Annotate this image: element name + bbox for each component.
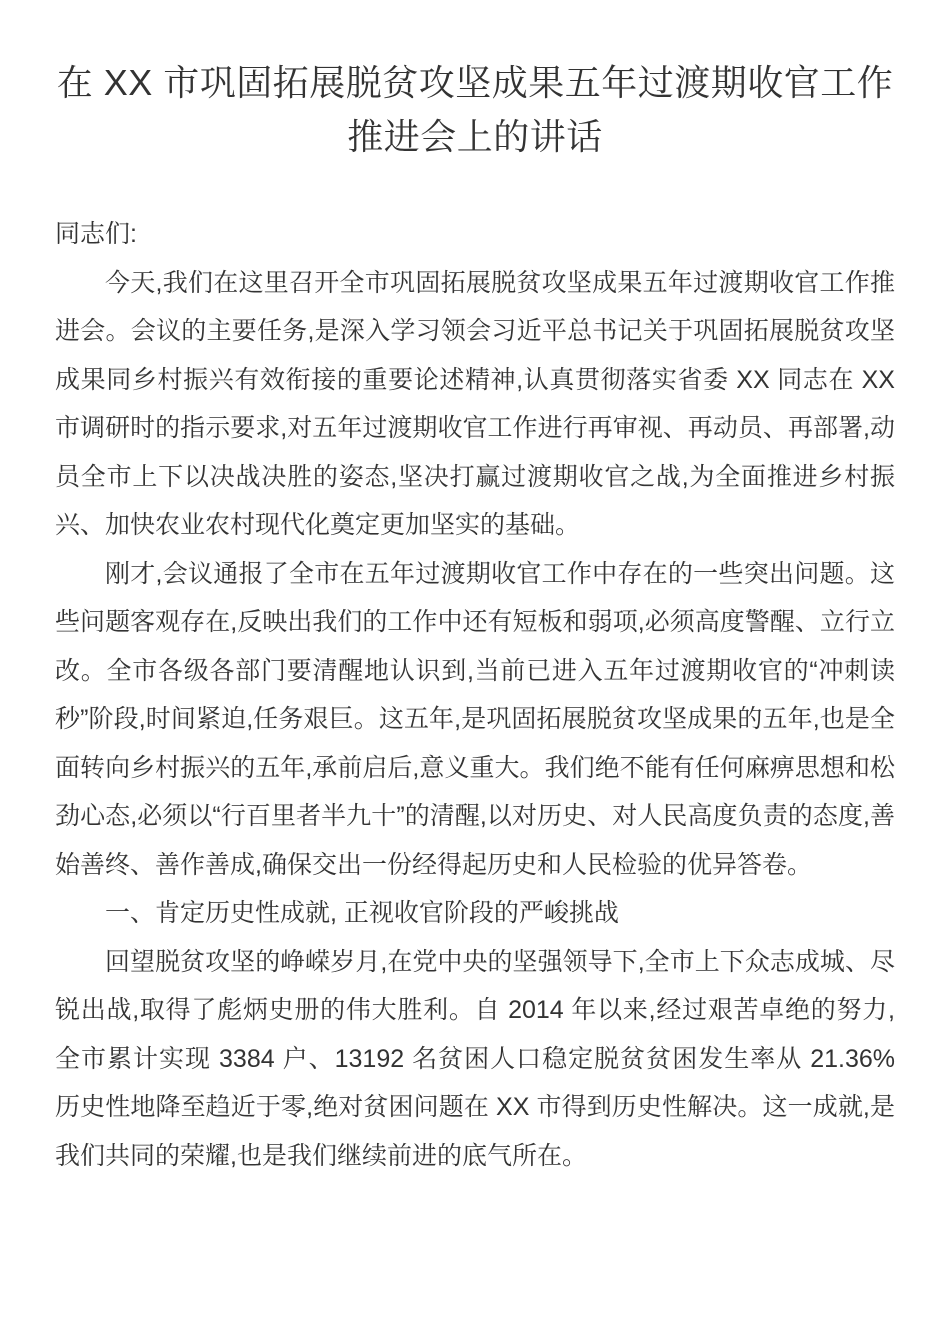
document-page: 在 XX 市巩固拓展脱贫攻坚成果五年过渡期收官工作推进会上的讲话 同志们: 今天…	[0, 0, 950, 1344]
paragraph-opening: 今天,我们在这里召开全市巩固拓展脱贫攻坚成果五年过渡期收官工作推进会。会议的主要…	[55, 259, 895, 550]
document-body: 同志们: 今天,我们在这里召开全市巩固拓展脱贫攻坚成果五年过渡期收官工作推进会。…	[55, 210, 895, 1180]
document-title: 在 XX 市巩固拓展脱贫攻坚成果五年过渡期收官工作推进会上的讲话	[55, 56, 895, 164]
section-heading-1: 一、肯定历史性成就, 正视收官阶段的严峻挑战	[55, 889, 895, 938]
paragraph-problems: 刚才,会议通报了全市在五年过渡期收官工作中存在的一些突出问题。这些问题客观存在,…	[55, 550, 895, 890]
salutation: 同志们:	[55, 210, 895, 259]
paragraph-achievements: 回望脱贫攻坚的峥嵘岁月,在党中央的坚强领导下,全市上下众志成城、尽锐出战,取得了…	[55, 938, 895, 1181]
